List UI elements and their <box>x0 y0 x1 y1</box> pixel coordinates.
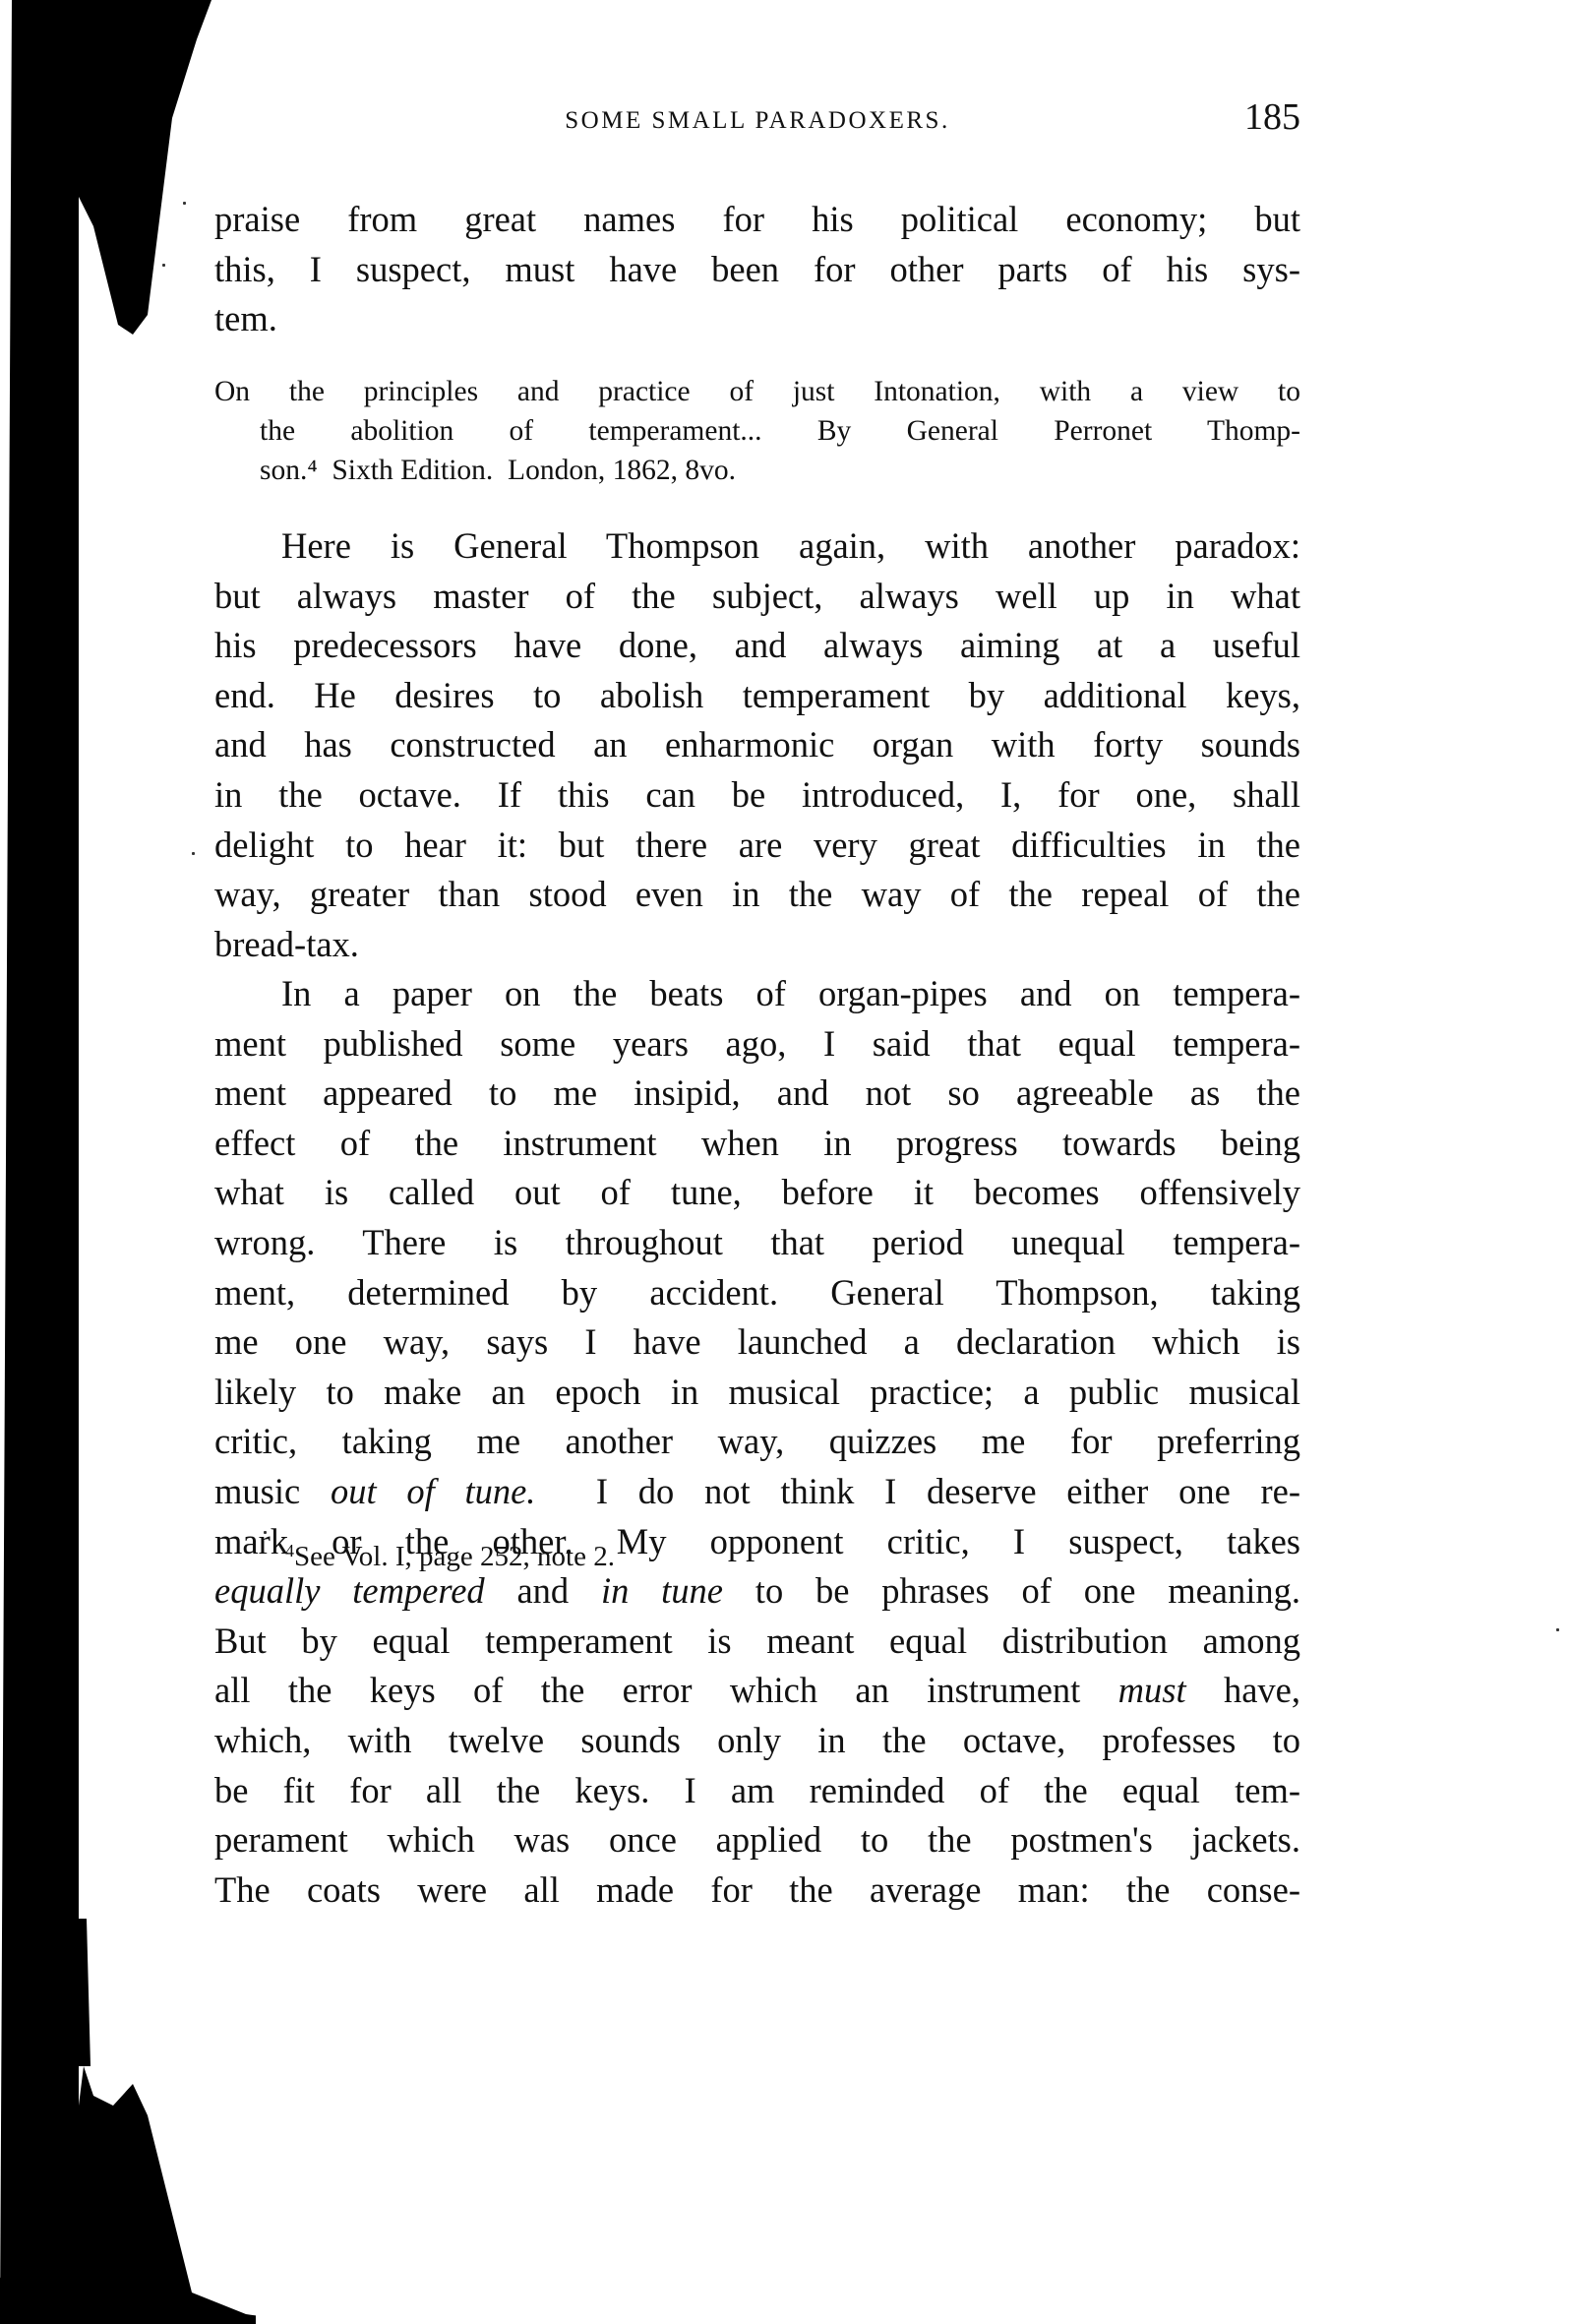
scan-speck <box>162 264 165 267</box>
citation-block: On the principles and practice of just I… <box>214 372 1300 490</box>
scan-speck <box>183 202 186 205</box>
text-line: which, with twelve sounds only in the oc… <box>214 1716 1300 1766</box>
text-line: be fit for all the keys. I am reminded o… <box>214 1766 1300 1816</box>
text-fragment: to be phrases of one meaning. <box>723 1570 1300 1611</box>
text-line: but always master of the subject, always… <box>214 572 1300 622</box>
footnote: 4See Vol. I, page 252, note 2. <box>285 1541 615 1573</box>
text-line: ment appeared to me insipid, and not so … <box>214 1069 1300 1119</box>
text-line: in the octave. If this can be introduced… <box>214 770 1300 821</box>
text-line: all the keys of the error which an instr… <box>214 1666 1300 1716</box>
italic-phrase: out of tune. <box>331 1471 535 1511</box>
text-line: me one way, says I have launched a decla… <box>214 1317 1300 1368</box>
italic-phrase: must <box>1118 1670 1186 1710</box>
page-number: 185 <box>1244 95 1300 139</box>
text-line: music out of tune. I do not think I dese… <box>214 1467 1300 1517</box>
text-fragment: I do not think I deserve either one re- <box>535 1471 1300 1511</box>
italic-phrase: in tune <box>601 1570 723 1611</box>
scan-speck <box>192 852 195 855</box>
text-fragment: and <box>485 1570 601 1611</box>
citation-line: son.⁴ Sixth Edition. London, 1862, 8vo. <box>214 451 1300 490</box>
scan-speck <box>1556 1628 1559 1631</box>
text-line: way, greater than stood even in the way … <box>214 870 1300 920</box>
text-line: effect of the instrument when in progres… <box>214 1119 1300 1169</box>
text-line: The coats were all made for the average … <box>214 1865 1300 1916</box>
footnote-text: See Vol. I, page 252, note 2. <box>294 1541 615 1572</box>
text-line: Here is General Thompson again, with ano… <box>214 521 1300 572</box>
text-line: end. He desires to abolish temperament b… <box>214 671 1300 721</box>
text-fragment: all the keys of the error which an instr… <box>214 1670 1118 1710</box>
text-fragment: have, <box>1186 1670 1300 1710</box>
footnote-marker: 4 <box>285 1541 294 1560</box>
running-title: SOME SMALL PARADOXERS. <box>214 107 1300 135</box>
text-line: But by equal temperament is meant equal … <box>214 1617 1300 1667</box>
text-line: his predecessors have done, and always a… <box>214 621 1300 671</box>
text-line: praise from great names for his politica… <box>214 195 1300 245</box>
text-fragment: music <box>214 1471 331 1511</box>
text-line: critic, taking me another way, quizzes m… <box>214 1417 1300 1467</box>
paragraph-1: Here is General Thompson again, with ano… <box>214 521 1300 969</box>
citation-line: the abolition of temperament... By Gener… <box>214 411 1300 451</box>
text-line: bread-tax. <box>214 920 1300 970</box>
text-line: likely to make an epoch in musical pract… <box>214 1368 1300 1418</box>
text-line: In a paper on the beats of organ-pipes a… <box>214 969 1300 1019</box>
text-line: what is called out of tune, before it be… <box>214 1168 1300 1218</box>
text-line: equally tempered and in tune to be phras… <box>214 1566 1300 1617</box>
text-line: and has constructed an enharmonic organ … <box>214 720 1300 770</box>
opening-text: praise from great names for his politica… <box>214 195 1300 344</box>
paragraph-2: In a paper on the beats of organ-pipes a… <box>214 969 1300 1915</box>
text-line: ment, determined by accident. General Th… <box>214 1268 1300 1318</box>
text-line: tem. <box>214 294 1300 344</box>
text-line: this, I suspect, must have been for othe… <box>214 245 1300 295</box>
text-line: ment published some years ago, I said th… <box>214 1019 1300 1070</box>
text-line: delight to hear it: but there are very g… <box>214 821 1300 871</box>
text-line: perament which was once applied to the p… <box>214 1815 1300 1865</box>
scan-speck <box>264 1531 267 1534</box>
page-header: SOME SMALL PARADOXERS. 185 <box>214 93 1300 143</box>
citation-line: On the principles and practice of just I… <box>214 372 1300 411</box>
italic-phrase: equally tempered <box>214 1570 485 1611</box>
text-line: wrong. There is throughout that period u… <box>214 1218 1300 1268</box>
